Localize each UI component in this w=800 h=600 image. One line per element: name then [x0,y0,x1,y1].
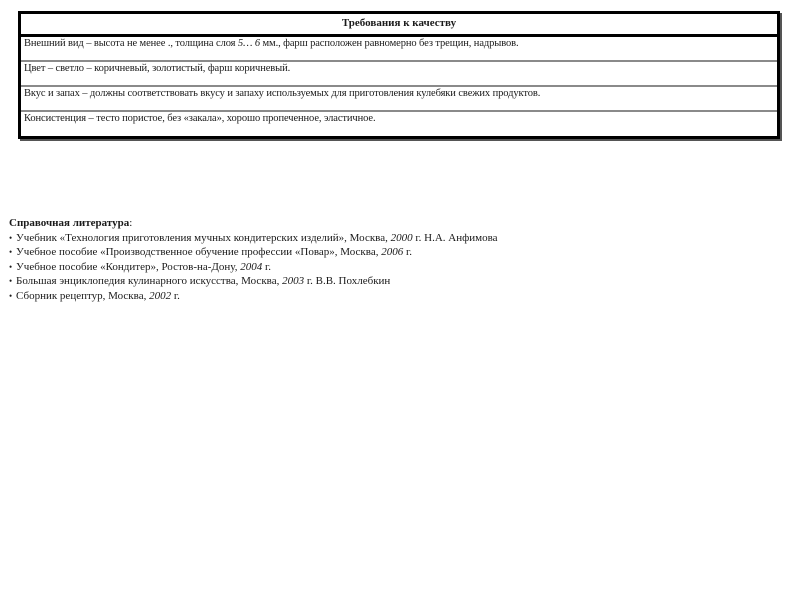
table-row-appearance: Внешний вид – высота не менее ., толщина… [21,37,777,62]
table-row-color: Цвет – светло – коричневый, золотистый, … [21,62,777,87]
reference-item: • Сборник рецептур, Москва, 2002 г. [9,289,498,304]
row-text: Внешний вид – высота не менее ., толщина… [24,37,519,51]
reference-year: 2003 [282,275,304,287]
references-title: Справочная литература: [9,216,498,231]
reference-item: • Учебник «Технология приготовления мучн… [9,231,498,246]
reference-text: Учебное пособие «Производственное обучен… [16,245,412,260]
bullet-icon: • [9,231,16,246]
bullet-icon: • [9,289,16,304]
references-title-text: Справочная литература [9,217,129,229]
table-header: Требования к качеству [21,14,777,37]
quality-requirements-table: Требования к качеству Внешний вид – высо… [18,11,780,139]
reference-text-end: г. Н.А. Анфимова [413,232,498,244]
reference-text-end: г. [403,246,412,258]
reference-text: Учебное пособие «Кондитер», Ростов-на-До… [16,260,271,275]
reference-text-end: г. [262,261,271,273]
reference-year: 2002 [149,290,171,302]
references-title-colon: : [129,217,132,229]
bullet-icon: • [9,274,16,289]
row-text: Консистенция – тесто пористое, без «зака… [24,112,376,126]
reference-text-end: г. [171,290,180,302]
row-text-start: Внешний вид – высота не менее ., толщина… [24,38,238,49]
reference-year: 2004 [240,261,262,273]
table-row-consistency: Консистенция – тесто пористое, без «зака… [21,112,777,136]
row-text: Цвет – светло – коричневый, золотистый, … [24,62,290,76]
row-text-end: мм., фарш расположен равномерно без трещ… [260,38,519,49]
row-text-italic: 5… 6 [238,38,260,49]
reference-text: Сборник рецептур, Москва, 2002 г. [16,289,180,304]
reference-text-start: Учебник «Технология приготовления мучных… [16,232,391,244]
reference-text: Большая энциклопедия кулинарного искусст… [16,274,390,289]
reference-text-start: Большая энциклопедия кулинарного искусст… [16,275,282,287]
reference-text-end: г. В.В. Похлебкин [304,275,390,287]
reference-text: Учебник «Технология приготовления мучных… [16,231,498,246]
reference-text-start: Сборник рецептур, Москва, [16,290,149,302]
table-row-taste-smell: Вкус и запах – должны соответствовать вк… [21,87,777,112]
reference-year: 2006 [381,246,403,258]
bullet-icon: • [9,260,16,275]
reference-item: • Учебное пособие «Производственное обуч… [9,245,498,260]
references-section: Справочная литература: • Учебник «Технол… [9,216,498,304]
reference-item: • Большая энциклопедия кулинарного искус… [9,274,498,289]
bullet-icon: • [9,245,16,260]
reference-text-start: Учебное пособие «Производственное обучен… [16,246,381,258]
reference-item: • Учебное пособие «Кондитер», Ростов-на-… [9,260,498,275]
reference-text-start: Учебное пособие «Кондитер», Ростов-на-До… [16,261,240,273]
row-text: Вкус и запах – должны соответствовать вк… [24,87,540,101]
reference-year: 2000 [391,232,413,244]
